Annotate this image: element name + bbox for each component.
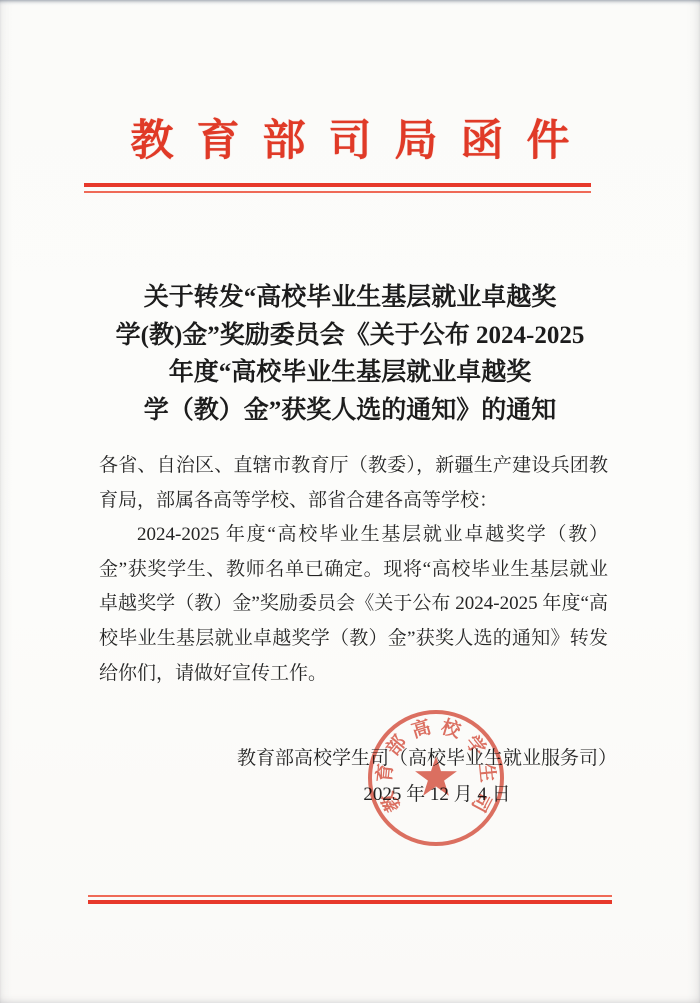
document-title-line-1: 关于转发“高校毕业生基层就业卓越奖 [40, 279, 660, 317]
scanned-letter-page: 教育部司局函件 关于转发“高校毕业生基层就业卓越奖 学(教)金”奖励委员会《关于… [0, 0, 700, 1003]
signature-block: 教育部高校学生司（高校毕业生就业服务司） 2025 年 12 月 4 日 [235, 742, 617, 811]
divider-thick-line [88, 900, 612, 904]
divider-thick-line [84, 183, 591, 187]
letter-body: 各省、自治区、直辖市教育厅（教委），新疆生产建设兵团教育局，部属各高等学校、部省… [99, 449, 608, 691]
footer-divider [88, 895, 612, 904]
letterhead-title: 教育部司局函件 [0, 116, 700, 168]
salutation: 各省、自治区、直辖市教育厅（教委），新疆生产建设兵团教育局，部属各高等学校、部省… [99, 449, 608, 518]
letterhead-divider [84, 183, 591, 193]
document-title-line-3: 年度“高校毕业生基层就业卓越奖 [40, 354, 660, 392]
divider-thin-line [88, 895, 612, 897]
body-paragraph: 2024-2025 年度“高校毕业生基层就业卓越奖学（教）金”获奖学生、教师名单… [99, 518, 608, 691]
document-title: 关于转发“高校毕业生基层就业卓越奖 学(教)金”奖励委员会《关于公布 2024-… [40, 279, 660, 429]
document-title-line-2: 学(教)金”奖励委员会《关于公布 2024-2025 [40, 317, 660, 355]
signature-date: 2025 年 12 月 4 日 [235, 778, 617, 811]
signature-department: 教育部高校学生司（高校毕业生就业服务司） [235, 742, 617, 775]
seal-arc-char: 高 [409, 715, 434, 743]
document-title-line-4: 学（教）金”获奖人选的通知》的通知 [40, 392, 660, 430]
seal-arc-char: 校 [439, 715, 465, 743]
divider-thin-line [84, 191, 591, 193]
